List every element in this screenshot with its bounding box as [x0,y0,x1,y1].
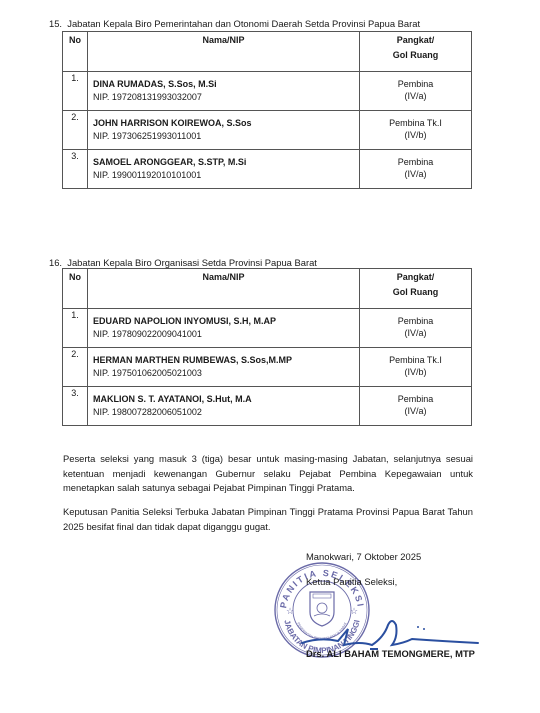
row-name-cell: HERMAN MARTHEN RUMBEWAS, S.Sos,M.MPNIP. … [88,348,360,387]
candidate-name: JOHN HARRISON KOIREWOA, S.Sos [88,111,359,130]
candidate-name: DINA RUMADAS, S.Sos, M.Si [88,72,359,91]
row-no: 1. [63,72,88,111]
signer-name: Drs. ALI BAHAM TEMONGMERE, MTP [306,648,475,659]
table-row: 3. SAMOEL ARONGGEAR, S.STP, M.SiNIP. 199… [63,150,472,189]
candidate-grade: (IV/a) [360,91,471,101]
row-rank-cell: Pembina Tk.I(IV/b) [360,348,472,387]
row-no: 3. [63,387,88,426]
col-no: No [63,269,88,309]
section-title-text: Jabatan Kepala Biro Pemerintahan dan Oto… [67,18,420,29]
row-no: 2. [63,111,88,150]
row-rank-cell: Pembina Tk.I(IV/b) [360,111,472,150]
candidate-rank: Pembina Tk.I [360,348,471,367]
col-no: No [63,32,88,72]
section-title-text: Jabatan Kepala Biro Organisasi Setda Pro… [67,257,317,268]
paragraph-final-decision: Keputusan Panitia Seleksi Terbuka Jabata… [63,505,473,534]
candidate-grade: (IV/b) [360,130,471,140]
candidate-grade: (IV/a) [360,169,471,179]
svg-text:☆: ☆ [286,606,294,616]
row-name-cell: SAMOEL ARONGGEAR, S.STP, M.SiNIP. 199001… [88,150,360,189]
section-number: 15. [49,18,62,29]
candidate-name: SAMOEL ARONGGEAR, S.STP, M.Si [88,150,359,169]
candidate-table-16: No Nama/NIP Pangkat/Gol Ruang 1. EDUARD … [62,268,472,426]
candidate-nip: NIP. 197501062005021003 [88,367,359,380]
row-name-cell: EDUARD NAPOLION INYOMUSI, S.H, M.APNIP. … [88,309,360,348]
place-date: Manokwari, 7 Oktober 2025 [306,551,421,562]
row-rank-cell: Pembina(IV/a) [360,72,472,111]
table-row: 1. EDUARD NAPOLION INYOMUSI, S.H, M.APNI… [63,309,472,348]
row-name-cell: DINA RUMADAS, S.Sos, M.SiNIP. 1972081319… [88,72,360,111]
row-name-cell: MAKLION S. T. AYATANOI, S.Hut, M.ANIP. 1… [88,387,360,426]
candidate-grade: (IV/a) [360,406,471,416]
candidate-nip: NIP. 197809022009041001 [88,328,359,341]
candidate-rank: Pembina [360,150,471,169]
candidate-rank: Pembina [360,72,471,91]
table-header: No Nama/NIP Pangkat/Gol Ruang [63,32,472,72]
row-name-cell: JOHN HARRISON KOIREWOA, S.SosNIP. 197306… [88,111,360,150]
row-no: 1. [63,309,88,348]
col-rank: Pangkat/Gol Ruang [360,269,472,309]
col-name: Nama/NIP [88,269,360,309]
section-15-title: 15. Jabatan Kepala Biro Pemerintahan dan… [49,18,420,30]
table-row: 2. HERMAN MARTHEN RUMBEWAS, S.Sos,M.MPNI… [63,348,472,387]
candidate-grade: (IV/b) [360,367,471,377]
candidate-name: MAKLION S. T. AYATANOI, S.Hut, M.A [88,387,359,406]
col-rank: Pangkat/Gol Ruang [360,32,472,72]
candidate-table-15: No Nama/NIP Pangkat/Gol Ruang 1. DINA RU… [62,31,472,189]
row-rank-cell: Pembina(IV/a) [360,309,472,348]
candidate-nip: NIP. 198007282006051002 [88,406,359,419]
row-no: 3. [63,150,88,189]
candidate-grade: (IV/a) [360,328,471,338]
section-number: 16. [49,257,62,268]
candidate-rank: Pembina [360,387,471,406]
col-name: Nama/NIP [88,32,360,72]
candidate-rank: Pembina [360,309,471,328]
candidate-nip: NIP. 197306251993011001 [88,130,359,143]
candidate-nip: NIP. 197208131993032007 [88,91,359,104]
table-row: 2. JOHN HARRISON KOIREWOA, S.SosNIP. 197… [63,111,472,150]
row-rank-cell: Pembina(IV/a) [360,387,472,426]
candidate-name: EDUARD NAPOLION INYOMUSI, S.H, M.AP [88,309,359,328]
table-row: 1. DINA RUMADAS, S.Sos, M.SiNIP. 1972081… [63,72,472,111]
table-row: 3. MAKLION S. T. AYATANOI, S.Hut, M.ANIP… [63,387,472,426]
table-header: No Nama/NIP Pangkat/Gol Ruang [63,269,472,309]
row-rank-cell: Pembina(IV/a) [360,150,472,189]
row-no: 2. [63,348,88,387]
candidate-nip: NIP. 199001192010101001 [88,169,359,182]
candidate-rank: Pembina Tk.I [360,111,471,130]
candidate-name: HERMAN MARTHEN RUMBEWAS, S.Sos,M.MP [88,348,359,367]
signer-title: Ketua Panitia Seleksi, [306,576,397,587]
paragraph-selection-note: Peserta seleksi yang masuk 3 (tiga) besa… [63,452,473,496]
